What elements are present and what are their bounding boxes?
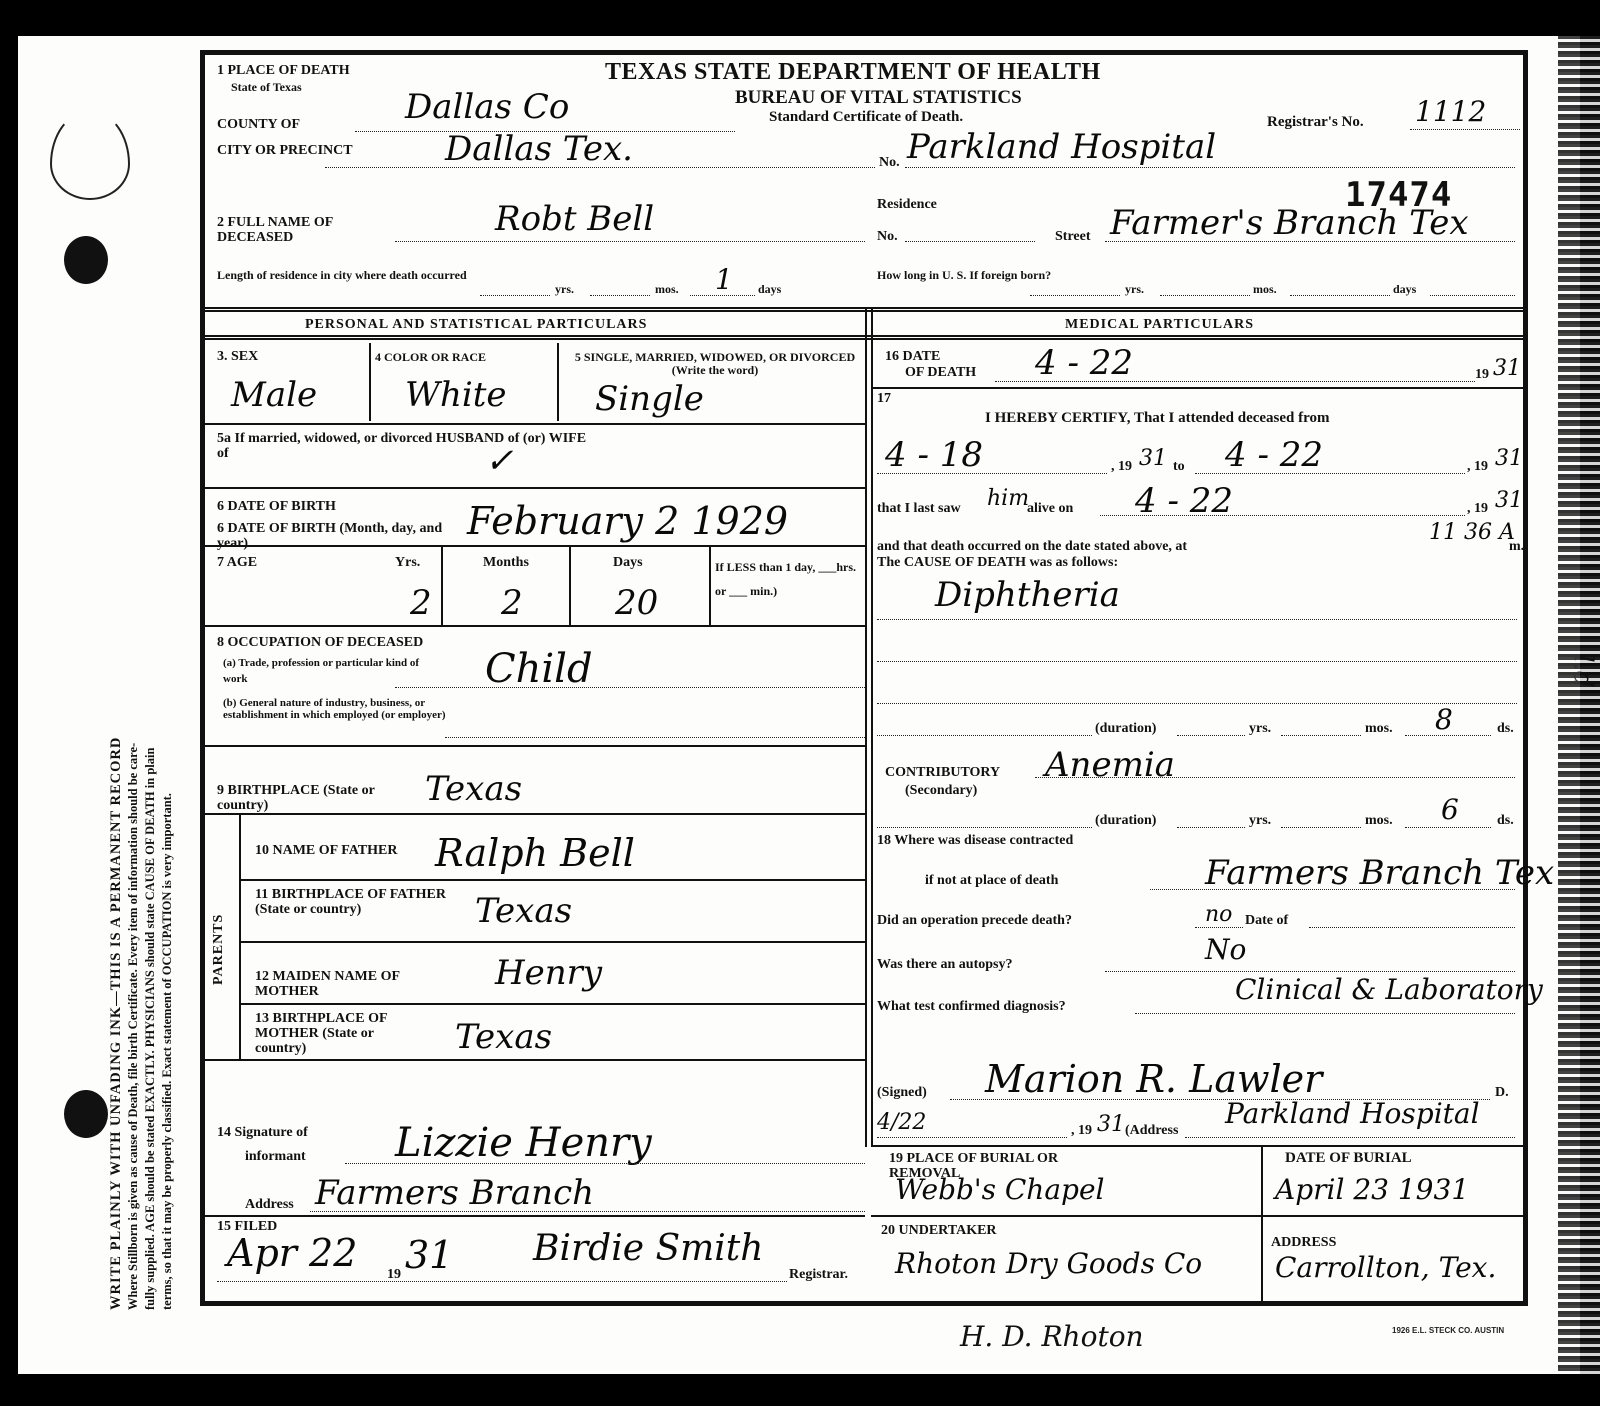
mother-maiden-value: Henry (495, 955, 602, 991)
county-value: Dallas Co (405, 89, 569, 125)
underline (1410, 129, 1520, 130)
underline (877, 473, 1107, 474)
physician-address-label: (Address (1125, 1123, 1178, 1138)
underline (1177, 827, 1245, 828)
registrar-label: Registrar. (789, 1267, 848, 1282)
underline (1177, 735, 1245, 736)
residence-label: Residence (877, 197, 937, 212)
last-saw-year: 31 (1495, 489, 1523, 513)
signed-date-value: 4/22 (877, 1111, 926, 1135)
row-divider (205, 423, 865, 425)
attended-from-value: 4 - 18 (885, 437, 983, 473)
cause-ds-label: ds. (1497, 721, 1514, 736)
underline (1160, 295, 1250, 296)
place-of-death-label: 1 PLACE OF DEATH (217, 63, 350, 78)
days-label: days (758, 283, 781, 296)
operation-value: no (1205, 903, 1232, 927)
underline (590, 295, 650, 296)
row-divider (239, 941, 865, 943)
burial-date-label: DATE OF BURIAL (1285, 1151, 1412, 1166)
underline (1100, 515, 1465, 516)
underline (1105, 241, 1515, 242)
cell-divider (557, 343, 559, 421)
underline (1135, 1013, 1515, 1014)
autopsy-value: No (1205, 935, 1246, 965)
contrib-mos-label: mos. (1365, 813, 1393, 828)
father-birthplace-label: 11 BIRTHPLACE OF FATHER (State or countr… (255, 887, 455, 917)
row-divider (205, 1059, 865, 1061)
underline (1035, 777, 1515, 778)
row-divider (205, 813, 865, 815)
operation-label: Did an operation precede death? (877, 913, 1072, 928)
underline (1405, 827, 1491, 828)
medical-section-title: MEDICAL PARTICULARS (1065, 317, 1254, 333)
disease-contracted-label-1: 18 Where was disease contracted (877, 833, 1073, 848)
signed-year-value: 31 (1097, 1113, 1125, 1137)
underline (877, 619, 1517, 620)
death-time-value: 11 36 A (1429, 521, 1515, 545)
attended-to-value: 4 - 22 (1225, 437, 1323, 473)
cert-item-number: 17 (877, 391, 891, 406)
row-divider (871, 1215, 1523, 1217)
age-yrs-value: 2 (410, 585, 432, 621)
contributory-label: (Secondary) (905, 783, 977, 798)
row-divider (205, 1215, 865, 1217)
father-name-value: Ralph Bell (435, 835, 635, 871)
underline (345, 1163, 865, 1164)
disease-contracted-label: if not at place of death (925, 873, 1058, 888)
undertaker-signature: H. D. Rhoton (960, 1320, 1144, 1353)
age-months-label: Months (483, 555, 529, 570)
race-label: 4 COLOR OR RACE (375, 351, 486, 364)
cause-duration-label: (duration) (1095, 721, 1156, 736)
scan-edge: l.d (1558, 36, 1600, 1374)
undertaker-value: Rhoton Dry Goods Co (895, 1249, 1202, 1279)
to-label: to (1173, 459, 1185, 474)
underline (395, 687, 865, 688)
disease-contracted-value: Farmers Branch Tex (1205, 855, 1554, 891)
city-value: Dallas Tex. (445, 131, 633, 167)
test-value: Clinical & Laboratory (1235, 975, 1543, 1005)
date-of-death-label-1: 16 DATE (885, 349, 940, 364)
age-days-label: Days (613, 555, 643, 570)
underline (395, 241, 865, 242)
length-of-residence-label: Length of residence in city where death … (217, 269, 517, 282)
age-days-value: 20 (615, 585, 658, 621)
underline (1195, 927, 1243, 928)
test-label: What test confirmed diagnosis? (877, 999, 1066, 1014)
mother-maiden-label: 12 MAIDEN NAME OF MOTHER (255, 969, 425, 999)
death-time-label: and that death occurred on the date stat… (877, 539, 1187, 554)
birthplace-label: 9 BIRTHPLACE (State or country) (217, 783, 417, 813)
cause-yrs-label: yrs. (1249, 721, 1271, 736)
dob-label-1: 6 DATE OF BIRTH (217, 499, 336, 514)
sex-label: 3. SEX (217, 349, 258, 364)
residence-no-label: No. (877, 229, 898, 244)
father-birthplace-value: Texas (475, 893, 572, 929)
underline (1030, 295, 1120, 296)
signed-year-prefix: , 19 (1071, 1123, 1092, 1138)
instruction-line: fully supplied. AGE should be stated EXA… (142, 70, 159, 1310)
full-name-value: Robt Bell (495, 201, 654, 237)
underline (1405, 735, 1491, 736)
informant-label-1: 14 Signature of (217, 1125, 308, 1140)
row-divider (205, 487, 865, 489)
alive-on-label: alive on (1027, 501, 1073, 516)
underline (877, 703, 1517, 704)
row-divider (205, 625, 865, 627)
street-value: Farmer's Branch Tex (1110, 205, 1469, 241)
instruction-line: terms, so that it may be properly classi… (159, 70, 176, 1310)
contrib-ds-label: ds. (1497, 813, 1514, 828)
margin-instructions: WRITE PLAINLY WITH UNFADING INK—THIS IS … (108, 70, 198, 1310)
street-label: Street (1055, 229, 1091, 244)
county-label: COUNTY OF (217, 117, 300, 132)
cell-divider (709, 547, 711, 625)
institution-value: Parkland Hospital (907, 129, 1216, 165)
md-suffix: D. (1495, 1085, 1509, 1100)
occupation-a-value: Child (485, 651, 593, 687)
burial-place-value: Webb's Chapel (895, 1175, 1104, 1205)
underline (217, 1281, 787, 1282)
underline (690, 295, 755, 296)
cause-label: The CAUSE OF DEATH was as follows: (877, 555, 1118, 570)
registrars-no: 1112 (1415, 97, 1486, 127)
race-value: White (405, 377, 507, 413)
underline (480, 295, 550, 296)
age-months-value: 2 (501, 585, 523, 621)
underline (905, 167, 1515, 168)
underline (877, 827, 1092, 828)
undertaker-label: 20 UNDERTAKER (881, 1223, 997, 1238)
row-divider (239, 879, 865, 881)
row-divider (205, 745, 865, 747)
filed-year-prefix: 19 (387, 1267, 401, 1282)
operation-date-label: Date of (1245, 913, 1288, 928)
row-divider (871, 1145, 1523, 1147)
underline (1185, 1137, 1515, 1138)
cell-divider (441, 547, 443, 625)
autopsy-label: Was there an autopsy? (877, 957, 1012, 972)
parents-divider (239, 813, 241, 1059)
underline (1430, 295, 1515, 296)
contributory-label-1: CONTRIBUTORY (885, 765, 1000, 780)
marital-value: Single (595, 381, 704, 417)
last-saw-year-prefix: , 19 (1467, 501, 1488, 516)
row-divider (871, 387, 1523, 389)
cause-value: Diphtheria (935, 577, 1120, 613)
informant-address-label: Address (245, 1197, 294, 1212)
contrib-yrs-label: yrs. (1249, 813, 1271, 828)
full-name-label: 2 FULL NAME OF DECEASED (217, 215, 397, 245)
underline (1195, 473, 1465, 474)
occupation-a-label: (a) Trade, profession or particular kind… (223, 655, 433, 687)
department-title: TEXAS STATE DEPARTMENT OF HEALTH (605, 59, 1101, 86)
physician-signature: Marion R. Lawler (985, 1061, 1322, 1097)
contrib-duration-days: 6 (1441, 795, 1459, 825)
filed-year-value: 31 (405, 1237, 453, 1273)
informant-label: informant (245, 1149, 306, 1164)
birthplace-value: Texas (425, 771, 522, 807)
undertaker-address-label: ADDRESS (1271, 1235, 1336, 1250)
printer-mark: 1926 E.L. STECK CO. AUSTIN (1392, 1326, 1504, 1335)
contrib-duration-label: (duration) (1095, 813, 1156, 828)
age-label: 7 AGE (217, 555, 257, 570)
personal-section-title: PERSONAL AND STATISTICAL PARTICULARS (305, 317, 647, 333)
death-time-suffix: m. (1509, 539, 1524, 554)
underline (877, 735, 1092, 736)
underline (310, 1211, 865, 1212)
instruction-line: Where Stillborn is given as cause of Dea… (125, 70, 142, 1310)
underline (1281, 735, 1361, 736)
cell-divider (569, 547, 571, 625)
state-label: State of Texas (231, 81, 302, 94)
attended-to-year-prefix: , 19 (1467, 459, 1488, 474)
parents-label: PARENTS (211, 914, 227, 985)
occupation-label: 8 OCCUPATION OF DECEASED (217, 635, 423, 650)
underline (877, 661, 1517, 662)
us-residence-label: How long in U. S. If foreign born? (877, 269, 1177, 282)
underline (995, 381, 1475, 382)
punch-hole (64, 1090, 108, 1138)
underline (325, 167, 875, 168)
us-mos-label: mos. (1253, 283, 1277, 296)
registrars-no-label: Registrar's No. (1267, 115, 1364, 130)
underline (1150, 889, 1515, 890)
city-label: CITY OR PRECINCT (217, 143, 353, 158)
section-divider (205, 307, 1523, 312)
yrs-label: yrs. (555, 283, 574, 296)
us-days-label: days (1393, 283, 1416, 296)
last-saw-date: 4 - 22 (1135, 483, 1233, 519)
date-of-death-label: OF DEATH (905, 365, 976, 380)
underline (1281, 827, 1361, 828)
informant-value: Lizzie Henry (395, 1125, 652, 1161)
mos-label: mos. (655, 283, 679, 296)
cell-divider (369, 343, 371, 421)
death-certificate: 1 PLACE OF DEATH State of Texas TEXAS ST… (200, 50, 1528, 1306)
marital-label: 5 SINGLE, MARRIED, WIDOWED, OR DIVORCED … (567, 351, 863, 377)
underline (1309, 927, 1515, 928)
date-of-death-year: 31 (1493, 357, 1521, 381)
filed-date-value: Apr 22 (227, 1235, 357, 1271)
mother-birthplace-value: Texas (455, 1019, 552, 1055)
date-of-death-year-prefix: 19 (1475, 367, 1489, 382)
age-yrs-label: Yrs. (395, 555, 420, 570)
last-saw-pronoun: him (987, 487, 1029, 511)
attended-from-year: 31 (1139, 447, 1167, 471)
row-divider (205, 545, 865, 547)
informant-address-value: Farmers Branch (315, 1175, 594, 1211)
spouse-value: ✓ (485, 443, 514, 479)
undertaker-address-value: Carrollton, Tex. (1275, 1253, 1496, 1283)
registrar-signature: Birdie Smith (533, 1231, 763, 1267)
spouse-label: 5a If married, widowed, or divorced HUSB… (217, 431, 597, 461)
section-divider (205, 335, 1523, 340)
physician-address-value: Parkland Hospital (1225, 1099, 1480, 1129)
cause-duration-days: 8 (1435, 705, 1453, 735)
residence-days-value: 1 (715, 265, 733, 295)
attended-from-year-prefix: , 19 (1111, 459, 1132, 474)
bureau-title: BUREAU OF VITAL STATISTICS (735, 87, 1022, 109)
instruction-line: WRITE PLAINLY WITH UNFADING INK—THIS IS … (108, 70, 125, 1310)
burial-divider (1261, 1145, 1263, 1301)
cause-mos-label: mos. (1365, 721, 1393, 736)
certify-text: I HEREBY CERTIFY, That I attended deceas… (985, 411, 1330, 426)
signed-label: (Signed) (877, 1085, 927, 1100)
date-of-death-value: 4 - 22 (1035, 345, 1133, 381)
father-name-label: 10 NAME OF FATHER (255, 843, 405, 858)
form-name: Standard Certificate of Death. (769, 109, 963, 126)
institution-no-label: No. (879, 155, 900, 170)
us-yrs-label: yrs. (1125, 283, 1144, 296)
underline (445, 737, 865, 738)
column-divider (865, 307, 867, 1147)
mother-birthplace-label: 13 BIRTHPLACE OF MOTHER (State or countr… (255, 1011, 425, 1056)
dob-value: February 2 1929 (467, 503, 788, 539)
attended-to-year: 31 (1495, 447, 1523, 471)
row-divider (239, 1003, 865, 1005)
margin-annotation: l.d (1568, 654, 1598, 687)
underline (877, 1137, 1067, 1138)
column-divider (871, 307, 873, 1147)
last-saw-label: that I last saw (877, 501, 961, 516)
sex-value: Male (231, 377, 317, 413)
age-less-label: If LESS than 1 day, ___hrs. or ___ min.) (715, 555, 863, 603)
occupation-b-label: (b) General nature of industry, business… (223, 697, 463, 721)
burial-date-value: April 23 1931 (1275, 1175, 1469, 1205)
underline (1290, 295, 1390, 296)
underline (1105, 971, 1515, 972)
underline (905, 241, 1035, 242)
punch-hole (64, 236, 108, 284)
